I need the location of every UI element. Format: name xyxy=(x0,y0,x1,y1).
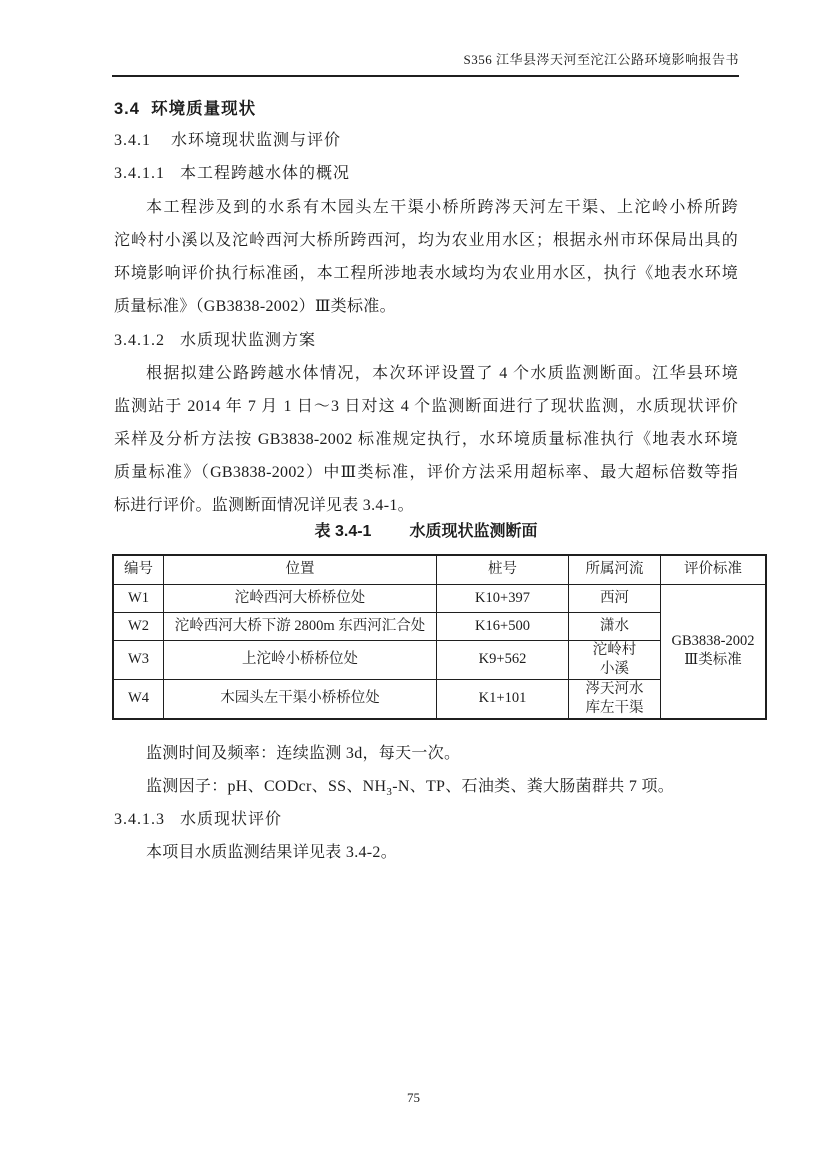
heading-3-4-1-1: 3.4.1.1 本工程跨越水体的概况 xyxy=(114,165,739,183)
cell-location: 上沱岭小桥桥位处 xyxy=(164,640,437,679)
paragraph-water-overview: 本工程涉及到的水系有木园头左干渠小桥所跨涔天河左干渠、上沱岭小桥所跨 沱岭村小溪… xyxy=(114,191,738,323)
table-header-row: 编号 位置 桩号 所属河流 评价标准 xyxy=(113,555,766,584)
paragraph-line: 根据拟建公路跨越水体情况，本次环评设置了 4 个水质监测断面。江华县环境 xyxy=(114,357,738,390)
page-number: 75 xyxy=(0,1090,827,1106)
paragraph-line: 采样及分析方法按 GB3838-2002 标准规定执行，水环境质量标准执行《地表… xyxy=(114,423,738,456)
paragraph-monitoring-plan: 根据拟建公路跨越水体情况，本次环评设置了 4 个水质监测断面。江华县环境 监测站… xyxy=(114,357,738,522)
cell-standard-merged: GB3838-2002 Ⅲ类标准 xyxy=(661,584,767,719)
paragraph-line: 标进行评价。监测断面情况详见表 3.4-1。 xyxy=(114,489,738,522)
cell-river: 西河 xyxy=(569,584,661,612)
heading-3-4-1-2: 3.4.1.2 水质现状监测方案 xyxy=(114,332,739,350)
document-page: S356 江华县涔天河至沱江公路环境影响报告书 3.4 环境质量现状 3.4.1… xyxy=(0,0,827,1169)
header-cell-stake: 桩号 xyxy=(437,555,569,584)
note-monitor-factors: 监测因子：pH、CODcr、SS、NH3-N、TP、石油类、粪大肠菌群共 7 项… xyxy=(114,777,770,802)
note-monitor-time: 监测时间及频率：连续监测 3d，每天一次。 xyxy=(114,744,770,764)
table-caption-title: 水质现状监测断面 xyxy=(409,523,537,540)
cell-stake: K10+397 xyxy=(437,584,569,612)
cell-id: W4 xyxy=(113,679,164,719)
header-cell-location: 位置 xyxy=(164,555,437,584)
paragraph-line: 质量标准》（GB3838-2002）中Ⅲ类标准，评价方法采用超标率、最大超标倍数… xyxy=(114,456,738,489)
cell-river: 涔天河水 库左干渠 xyxy=(569,679,661,719)
header-cell-river: 所属河流 xyxy=(569,555,661,584)
running-header: S356 江华县涔天河至沱江公路环境影响报告书 xyxy=(112,52,739,77)
paragraph-line: 沱岭村小溪以及沱岭西河大桥所跨西河，均为农业用水区；根据永州市环保局出具的 xyxy=(114,224,738,257)
note-monitor-factors-pre: 监测因子：pH、CODcr、SS、NH xyxy=(146,778,386,795)
heading-3-4: 3.4 环境质量现状 xyxy=(114,100,739,119)
table-row: W1 沱岭西河大桥桥位处 K10+397 西河 GB3838-2002 Ⅲ类标准 xyxy=(113,584,766,612)
note-result: 本项目水质监测结果详见表 3.4-2。 xyxy=(114,843,770,863)
cell-location: 沱岭西河大桥桥位处 xyxy=(164,584,437,612)
cell-stake: K9+562 xyxy=(437,640,569,679)
cell-river: 潇水 xyxy=(569,612,661,640)
paragraph-line: 质量标准》（GB3838-2002）Ⅲ类标准。 xyxy=(114,290,738,323)
cell-id: W2 xyxy=(113,612,164,640)
table-caption: 表 3.4-1水质现状监测断面 xyxy=(114,522,738,541)
paragraph-line: 本工程涉及到的水系有木园头左干渠小桥所跨涔天河左干渠、上沱岭小桥所跨 xyxy=(114,191,738,224)
cell-location: 木园头左干渠小桥桥位处 xyxy=(164,679,437,719)
monitoring-sections-table: 编号 位置 桩号 所属河流 评价标准 W1 沱岭西河大桥桥位处 K10+397 … xyxy=(112,554,767,720)
cell-id: W1 xyxy=(113,584,164,612)
heading-3-4-1: 3.4.1 水环境现状监测与评价 xyxy=(114,132,739,150)
paragraph-line: 环境影响评价执行标准函，本工程所涉地表水域均为农业用水区，执行《地表水环境 xyxy=(114,257,738,290)
note-monitor-factors-post: -N、TP、石油类、粪大肠菌群共 7 项。 xyxy=(392,778,674,795)
cell-river: 沱岭村 小溪 xyxy=(569,640,661,679)
header-cell-id: 编号 xyxy=(113,555,164,584)
table-caption-label: 表 3.4-1 xyxy=(315,523,372,540)
heading-3-4-1-3: 3.4.1.3 水质现状评价 xyxy=(114,811,739,829)
cell-location: 沱岭西河大桥下游 2800m 东西河汇合处 xyxy=(164,612,437,640)
running-header-title: S356 江华县涔天河至沱江公路环境影响报告书 xyxy=(464,52,739,67)
header-cell-standard: 评价标准 xyxy=(661,555,767,584)
cell-id: W3 xyxy=(113,640,164,679)
cell-stake: K16+500 xyxy=(437,612,569,640)
paragraph-line: 监测站于 2014 年 7 月 1 日～3 日对这 4 个监测断面进行了现状监测… xyxy=(114,390,738,423)
cell-stake: K1+101 xyxy=(437,679,569,719)
